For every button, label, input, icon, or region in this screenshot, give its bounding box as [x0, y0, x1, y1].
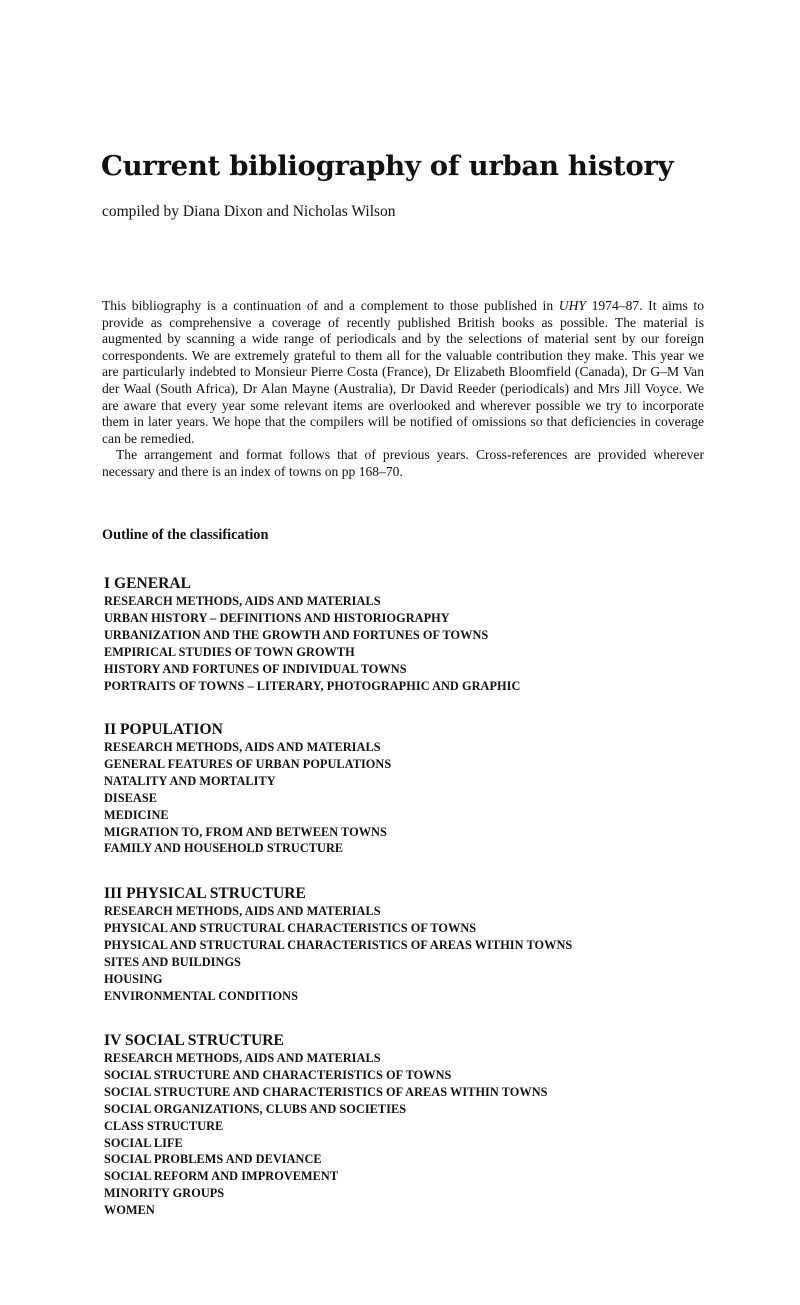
section-items: RESEARCH METHODS, AIDS AND MATERIALSPHYS…	[104, 903, 572, 1004]
section-items: RESEARCH METHODS, AIDS AND MATERIALSURBA…	[104, 593, 520, 694]
list-item: URBAN HISTORY – DEFINITIONS AND HISTORIO…	[104, 610, 520, 627]
section-title: I GENERAL	[104, 575, 520, 593]
document-page: Current bibliography of urban history co…	[0, 0, 800, 1305]
list-item: ENVIRONMENTAL CONDITIONS	[104, 988, 572, 1005]
outline-heading: Outline of the classification	[102, 527, 268, 544]
list-item: SOCIAL REFORM AND IMPROVEMENT	[104, 1168, 548, 1185]
list-item: SITES AND BUILDINGS	[104, 954, 572, 971]
list-item: MIGRATION TO, FROM AND BETWEEN TOWNS	[104, 824, 391, 841]
list-item: MEDICINE	[104, 807, 391, 824]
list-item: RESEARCH METHODS, AIDS AND MATERIALS	[104, 739, 391, 756]
intro-paragraph-2: The arrangement and format follows that …	[102, 447, 704, 480]
list-item: RESEARCH METHODS, AIDS AND MATERIALS	[104, 1050, 548, 1067]
list-item: HOUSING	[104, 971, 572, 988]
list-item: NATALITY AND MORTALITY	[104, 773, 391, 790]
list-item: SOCIAL PROBLEMS AND DEVIANCE	[104, 1151, 548, 1168]
section-items: RESEARCH METHODS, AIDS AND MATERIALSSOCI…	[104, 1050, 548, 1219]
section-items: RESEARCH METHODS, AIDS AND MATERIALSGENE…	[104, 739, 391, 857]
list-item: FAMILY AND HOUSEHOLD STRUCTURE	[104, 840, 391, 857]
list-item: EMPIRICAL STUDIES OF TOWN GROWTH	[104, 644, 520, 661]
classification-section: II POPULATIONRESEARCH METHODS, AIDS AND …	[104, 721, 391, 857]
list-item: PHYSICAL AND STRUCTURAL CHARACTERISTICS …	[104, 920, 572, 937]
classification-section: I GENERALRESEARCH METHODS, AIDS AND MATE…	[104, 575, 520, 694]
list-item: PHYSICAL AND STRUCTURAL CHARACTERISTICS …	[104, 937, 572, 954]
list-item: MINORITY GROUPS	[104, 1185, 548, 1202]
intro-paragraph-1: This bibliography is a continuation of a…	[102, 298, 704, 447]
intro-text-a: This bibliography is a continuation of a…	[102, 298, 559, 313]
list-item: SOCIAL STRUCTURE AND CHARACTERISTICS OF …	[104, 1067, 548, 1084]
introduction: This bibliography is a continuation of a…	[102, 298, 704, 481]
list-item: URBANIZATION AND THE GROWTH AND FORTUNES…	[104, 627, 520, 644]
list-item: RESEARCH METHODS, AIDS AND MATERIALS	[104, 903, 572, 920]
classification-section: IV SOCIAL STRUCTURERESEARCH METHODS, AID…	[104, 1032, 548, 1219]
section-title: IV SOCIAL STRUCTURE	[104, 1032, 548, 1050]
classification-section: III PHYSICAL STRUCTURERESEARCH METHODS, …	[104, 885, 572, 1004]
list-item: SOCIAL ORGANIZATIONS, CLUBS AND SOCIETIE…	[104, 1101, 548, 1118]
list-item: CLASS STRUCTURE	[104, 1118, 548, 1135]
list-item: RESEARCH METHODS, AIDS AND MATERIALS	[104, 593, 520, 610]
section-title: II POPULATION	[104, 721, 391, 739]
list-item: SOCIAL LIFE	[104, 1135, 548, 1152]
section-title: III PHYSICAL STRUCTURE	[104, 885, 572, 903]
list-item: SOCIAL STRUCTURE AND CHARACTERISTICS OF …	[104, 1084, 548, 1101]
page-title: Current bibliography of urban history	[101, 150, 673, 182]
byline: compiled by Diana Dixon and Nicholas Wil…	[102, 203, 396, 221]
list-item: GENERAL FEATURES OF URBAN POPULATIONS	[104, 756, 391, 773]
journal-abbreviation: UHY	[559, 298, 586, 313]
list-item: DISEASE	[104, 790, 391, 807]
list-item: WOMEN	[104, 1202, 548, 1219]
list-item: PORTRAITS OF TOWNS – LITERARY, PHOTOGRAP…	[104, 678, 520, 695]
intro-text-b: 1974–87. It aims to provide as comprehen…	[102, 298, 704, 446]
list-item: HISTORY AND FORTUNES OF INDIVIDUAL TOWNS	[104, 661, 520, 678]
